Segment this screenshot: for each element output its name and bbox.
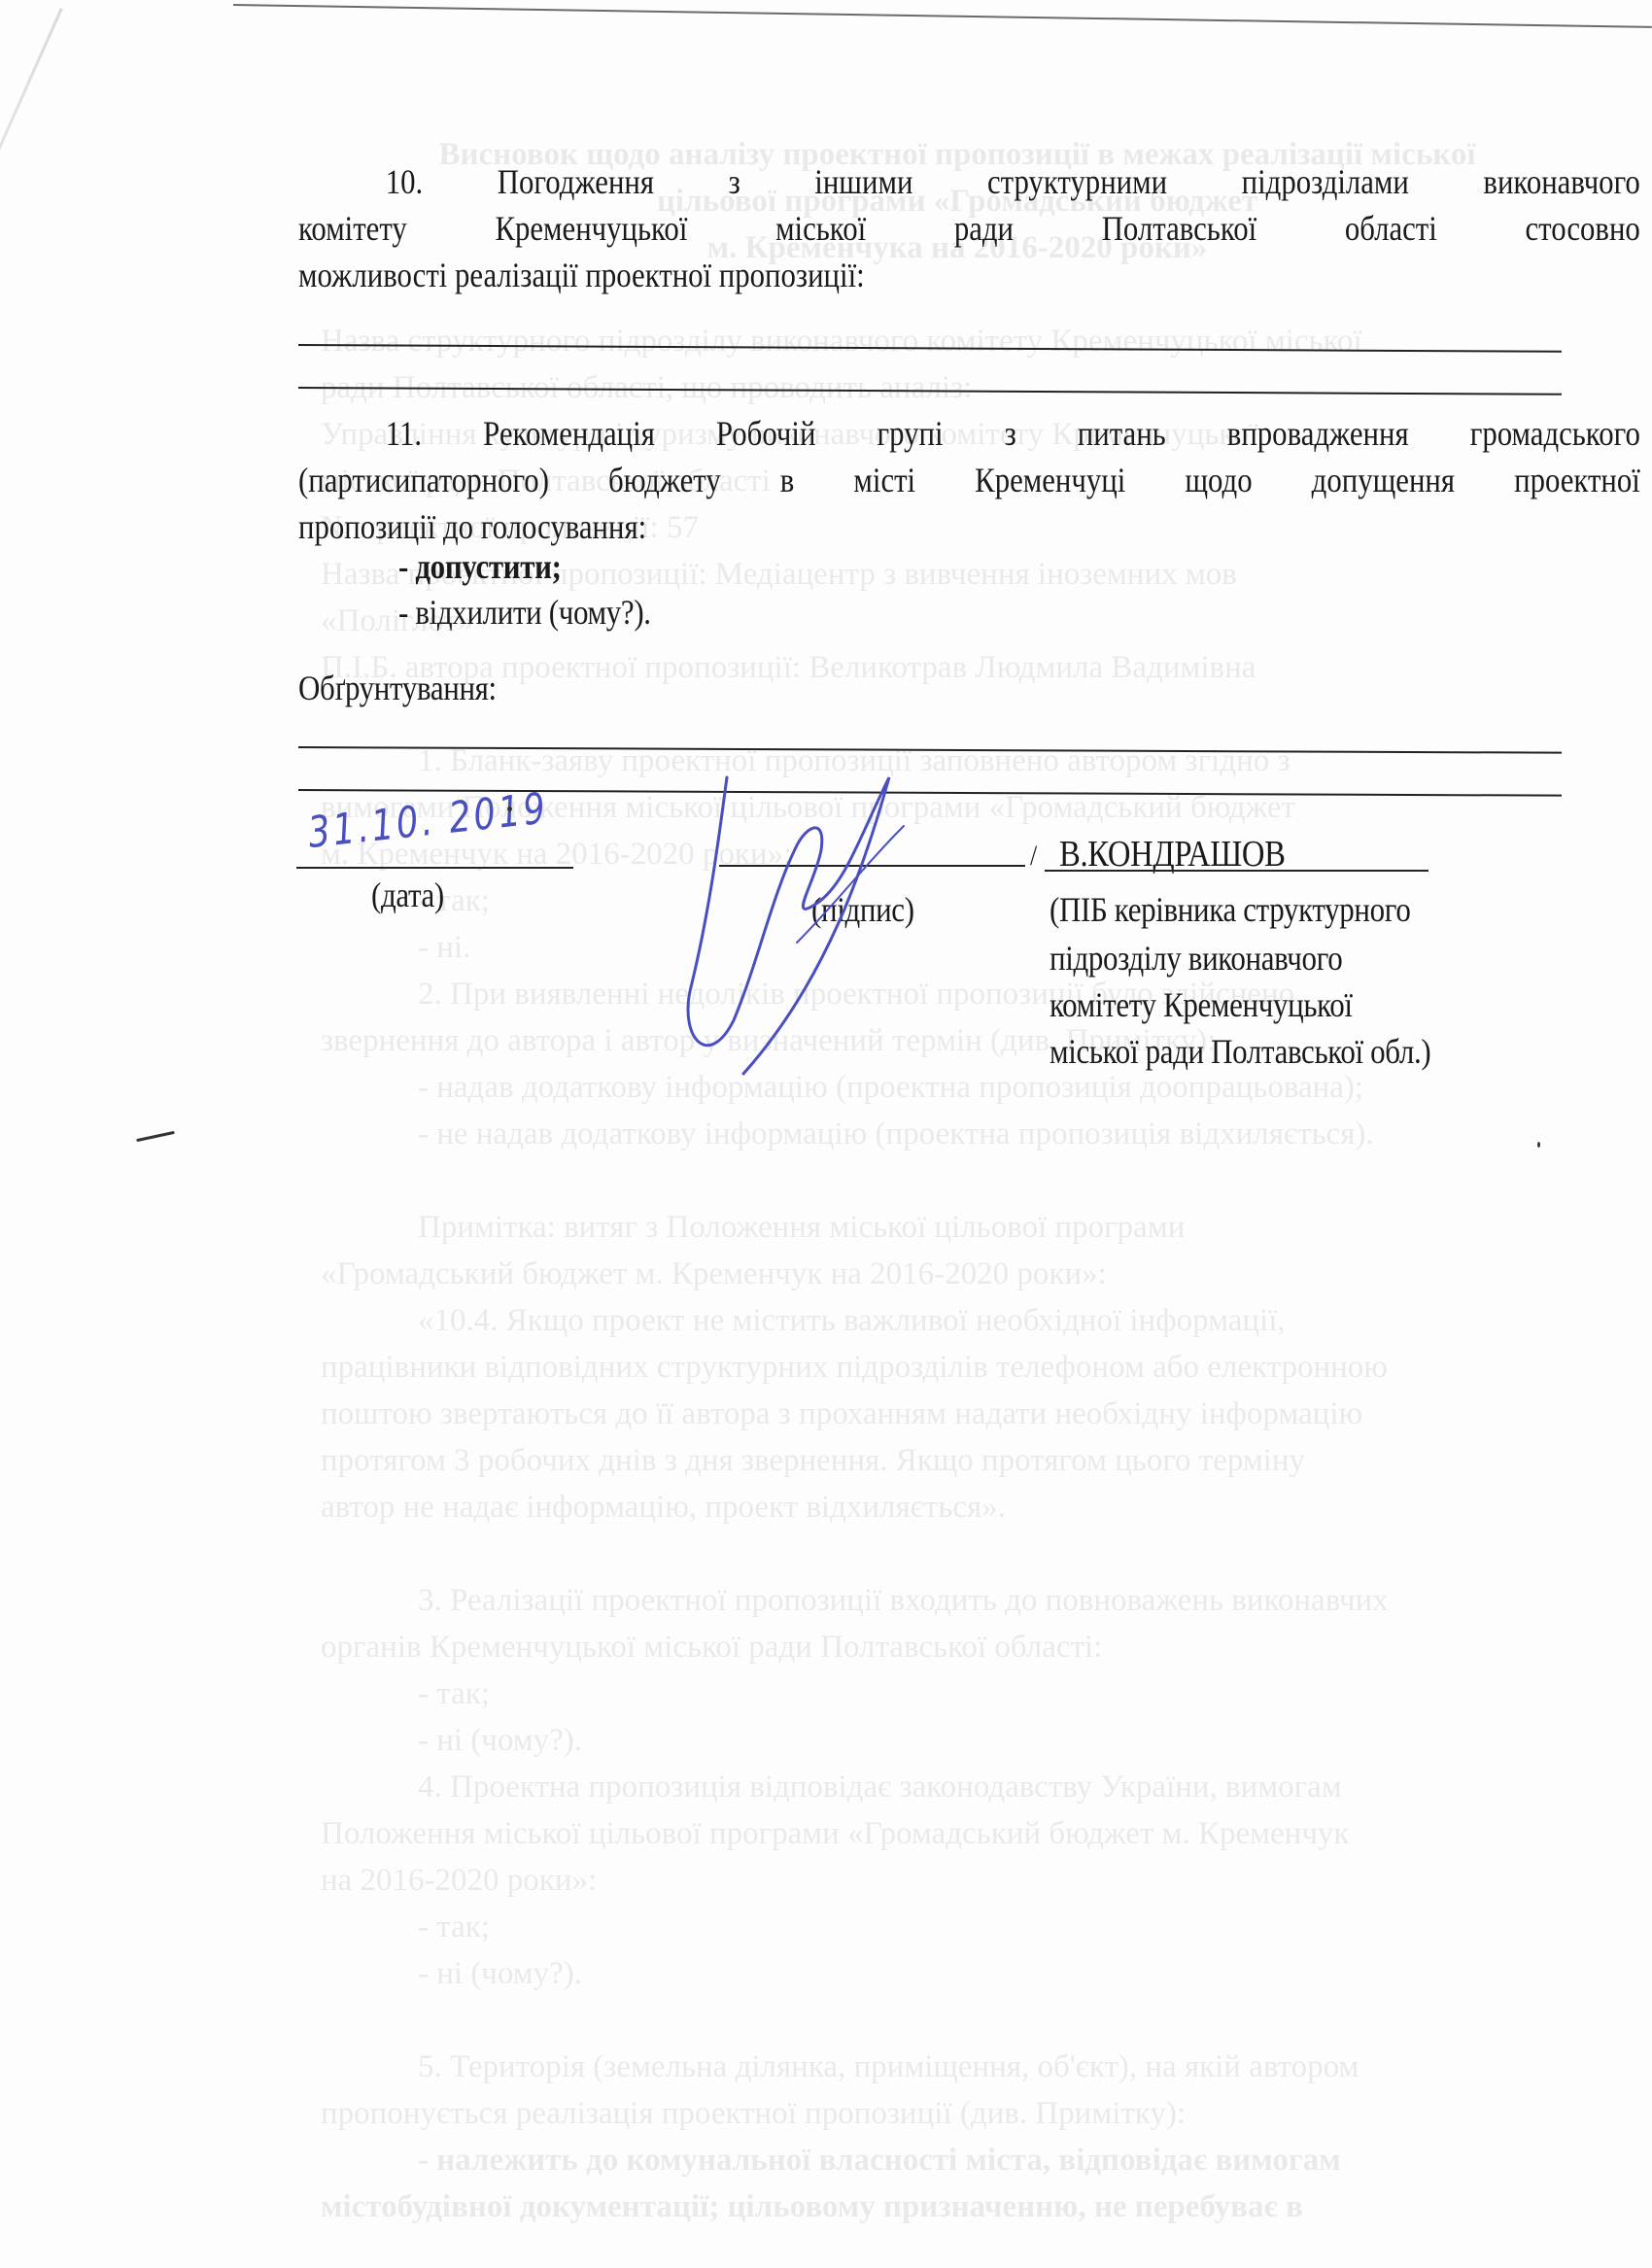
signer-caption-4: міської ради Полтавської обл.)	[1050, 1034, 1430, 1069]
signer-caption-2: підрозділу виконавчого	[1050, 941, 1342, 976]
section-10-line-3: можливості реалізації проектної пропозиц…	[298, 255, 1640, 301]
section-10: 10. Погодження з іншими структурними під…	[298, 161, 1640, 301]
scan-speck	[507, 807, 512, 811]
signer-name: В.КОНДРАШОВ	[1059, 836, 1286, 873]
show-through-line: П.І.Б. автора проектної пропозиції: Вели…	[321, 647, 1594, 694]
show-through-line: працівники відповідних структурних підро…	[321, 1347, 1594, 1393]
show-through-line: - ні (чому?).	[321, 1720, 1594, 1767]
option-reject: - відхилити (чому?).	[398, 595, 651, 630]
date-line	[296, 867, 573, 869]
folded-corner-edge	[0, 8, 63, 249]
show-through-line: 3. Реалізації проектної пропозиції входи…	[321, 1580, 1594, 1627]
show-through-line: пропонується реалізація проектної пропоз…	[321, 2093, 1594, 2140]
show-through-line: на 2016-2020 роки»:	[321, 1860, 1594, 1907]
justification-label: Обґрунтування:	[298, 670, 497, 705]
handwritten-signature	[680, 758, 972, 1079]
section-11-line-3: пропозиції до голосування:	[298, 506, 1640, 553]
section-10-line-1: 10. Погодження з іншими структурними під…	[298, 161, 1640, 208]
show-through-line: - не надав додаткову інформацію (проектн…	[321, 1114, 1594, 1160]
show-through-line: «Громадський бюджет м. Кременчук на 2016…	[321, 1254, 1594, 1300]
section-11-line-2: (партисипаторного) бюджету в місті Креме…	[298, 460, 1640, 506]
section-10-line-2: комітету Кременчуцької міської ради Полт…	[298, 208, 1640, 255]
show-through-line: Примітка: витяг з Положення міської ціль…	[321, 1207, 1594, 1254]
show-through-line: - так;	[321, 1907, 1594, 1953]
signer-caption-1: (ПІБ керівника структурного	[1050, 892, 1410, 927]
show-through-line	[321, 1160, 1594, 1207]
show-through-line	[321, 2000, 1594, 2046]
section-11-line-1: 11. Рекомендація Робочій групі з питань …	[298, 413, 1640, 460]
show-through-line: автор не надає інформацію, проект відхил…	[321, 1487, 1594, 1533]
show-through-line: містобудівної документації; цільовому пр…	[321, 2186, 1594, 2233]
scan-speck	[1537, 1142, 1540, 1148]
slash-separator: /	[1030, 842, 1037, 871]
option-admit: - допустити;	[398, 549, 562, 584]
section-11: 11. Рекомендація Робочій групі з питань …	[298, 413, 1640, 553]
show-through-line: Назва структурного підрозділу виконавчог…	[321, 321, 1594, 367]
show-through-line: - так;	[321, 1673, 1594, 1720]
show-through-line: «10.4. Якщо проект не містить важливої н…	[321, 1300, 1594, 1347]
show-through-line: 5. Територія (земельна ділянка, приміщен…	[321, 2046, 1594, 2093]
show-through-line	[321, 1533, 1594, 1580]
signer-name-line	[1045, 870, 1428, 872]
signer-caption-3: комітету Кременчуцької	[1050, 987, 1353, 1022]
date-caption: (дата)	[371, 877, 444, 912]
document-page: Висновок щодо аналізу проектної пропозиц…	[0, 0, 1652, 2268]
show-through-line: протягом 3 робочих днів з дня звернення.…	[321, 1440, 1594, 1487]
show-through-line: - ні (чому?).	[321, 1953, 1594, 2000]
paper-top-edge	[233, 4, 1652, 28]
show-through-line: Положення міської цільової програми «Гро…	[321, 1813, 1594, 1860]
show-through-line: поштою звертаються до її автора з прохан…	[321, 1393, 1594, 1440]
show-through-line: - належить до комунальної власності міст…	[321, 2140, 1594, 2186]
show-through-line: органів Кременчуцької міської ради Полта…	[321, 1627, 1594, 1673]
scan-speck	[136, 1131, 175, 1142]
show-through-line	[321, 694, 1594, 740]
show-through-line: 4. Проектна пропозиція відповідає законо…	[321, 1767, 1594, 1813]
